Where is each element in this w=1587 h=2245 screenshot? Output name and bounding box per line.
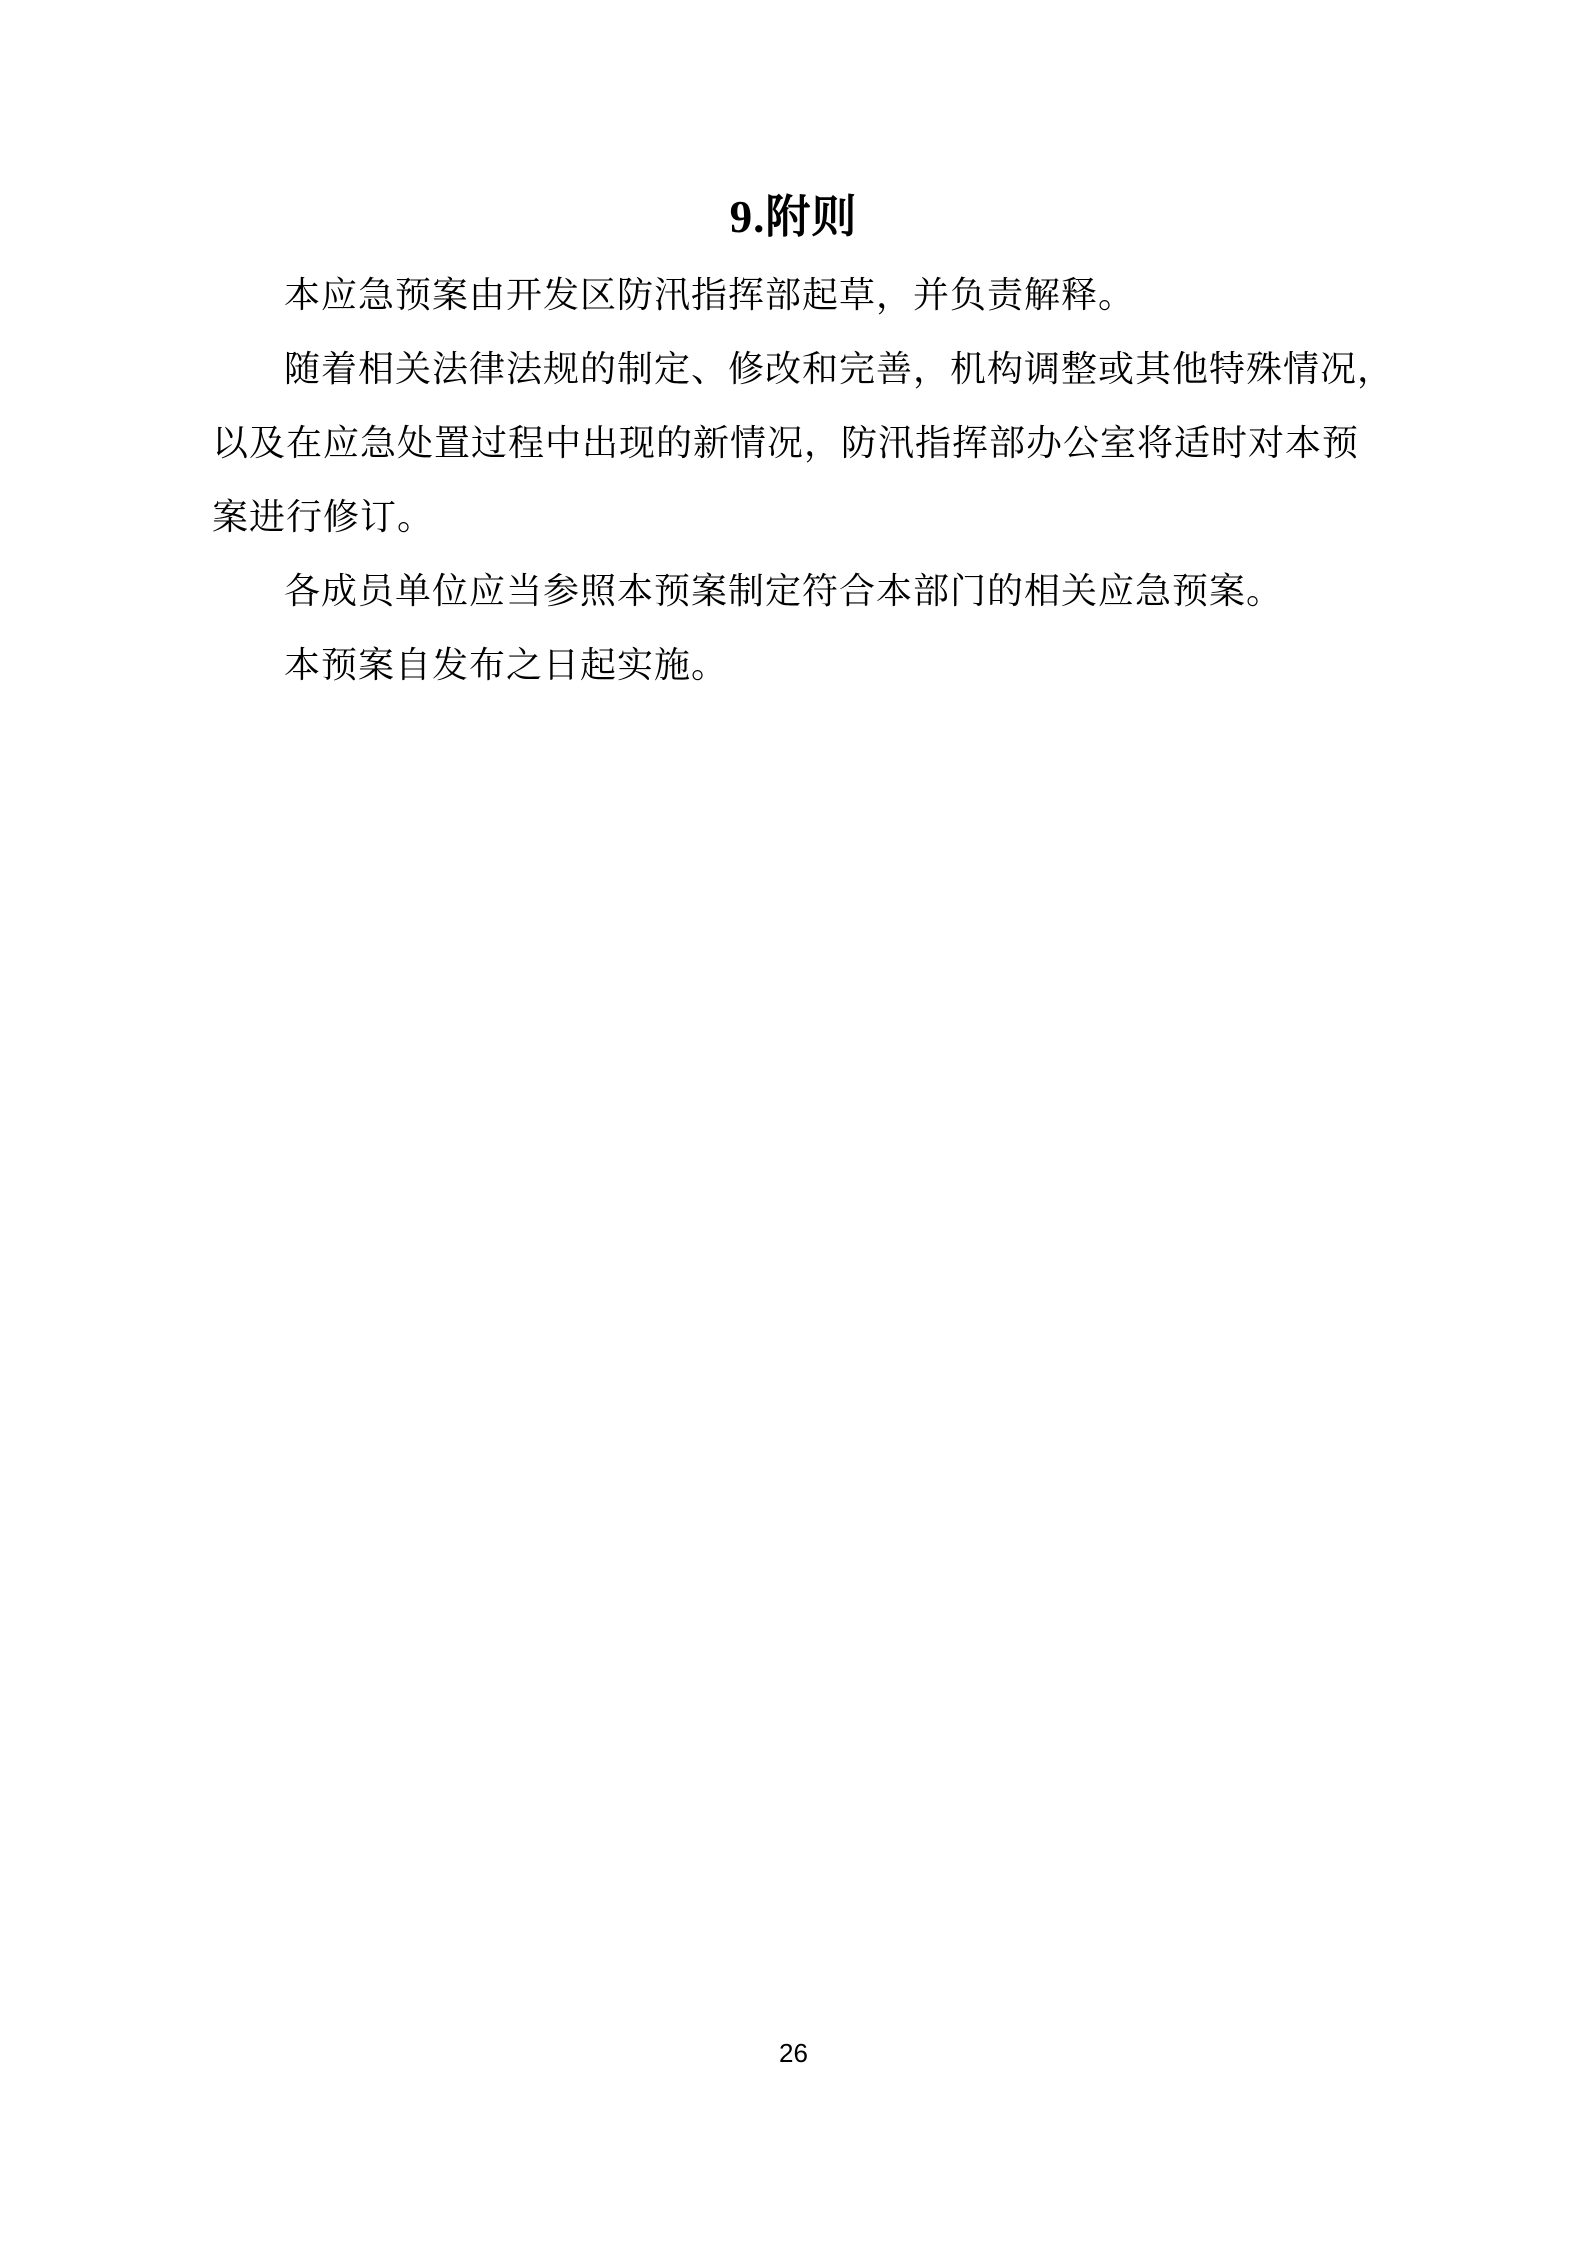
- paragraph: 随着相关法律法规的制定、修改和完善，机构调整或其他特殊情况， 以及在应急处置过程…: [212, 332, 1374, 554]
- document-page: 9.附则 本应急预案由开发区防汛指挥部起草，并负责解释。 随着相关法律法规的制定…: [0, 0, 1587, 2245]
- paragraph: 本应急预案由开发区防汛指挥部起草，并负责解释。: [212, 258, 1374, 332]
- text-line: 各成员单位应当参照本预案制定符合本部门的相关应急预案。: [212, 554, 1374, 628]
- text-line: 随着相关法律法规的制定、修改和完善，机构调整或其他特殊情况，: [212, 332, 1374, 406]
- body-text-block: 本应急预案由开发区防汛指挥部起草，并负责解释。 随着相关法律法规的制定、修改和完…: [212, 258, 1374, 702]
- page-number: 26: [0, 2040, 1587, 2066]
- paragraph: 本预案自发布之日起实施。: [212, 628, 1374, 702]
- paragraph: 各成员单位应当参照本预案制定符合本部门的相关应急预案。: [212, 554, 1374, 628]
- text-line: 本预案自发布之日起实施。: [212, 628, 1374, 702]
- section-heading: 9.附则: [0, 187, 1587, 247]
- text-line: 以及在应急处置过程中出现的新情况，防汛指挥部办公室将适时对本预: [212, 406, 1374, 480]
- text-line: 本应急预案由开发区防汛指挥部起草，并负责解释。: [212, 258, 1374, 332]
- text-line: 案进行修订。: [212, 480, 1374, 554]
